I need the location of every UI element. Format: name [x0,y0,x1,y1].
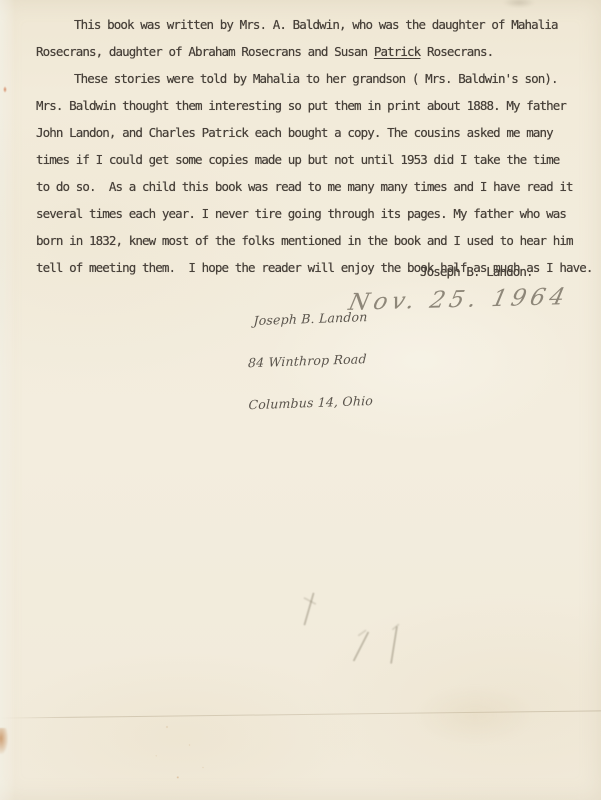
typewritten-body: This book was written by Mrs. A. Baldwin… [36,11,592,281]
stamp-street-line: 84 Winthrop Road [248,352,375,370]
pencil-mark [390,626,398,664]
text-segment: Rosecrans. [420,44,493,59]
stamp-city-line: Columbus 14, Ohio [248,394,373,412]
text-line: several times each year. I never tire go… [36,200,592,227]
paper-mottling [415,685,535,745]
scanned-document-page: This book was written by Mrs. A. Baldwin… [0,0,601,800]
typed-signature: Joseph B. Landon. [420,263,533,281]
pencil-mark [353,631,370,661]
text-line: Mrs. Baldwin thought them interesting so… [36,92,592,119]
handwritten-date: Nov. 25. 1964 [346,284,572,316]
foxing-spots [140,700,230,790]
text-line: to do so. As a child this book was read … [36,173,592,200]
text-line: times if I could get some copies made up… [36,146,592,173]
text-line: born in 1832, knew most of the folks men… [36,227,592,254]
top-smudge [503,0,535,8]
text-line: This book was written by Mrs. A. Baldwin… [36,11,592,38]
text-line: These stories were told by Mahalia to he… [36,65,592,92]
underlined-word: Patrick [374,44,420,59]
text-line: John Landon, and Charles Patrick each bo… [36,119,592,146]
text-line: Rosecrans, daughter of Abraham Rosecrans… [36,38,592,65]
foxing-speck [3,86,7,93]
edge-stain [0,728,8,754]
text-segment: Rosecrans, daughter of Abraham Rosecrans… [36,44,374,59]
